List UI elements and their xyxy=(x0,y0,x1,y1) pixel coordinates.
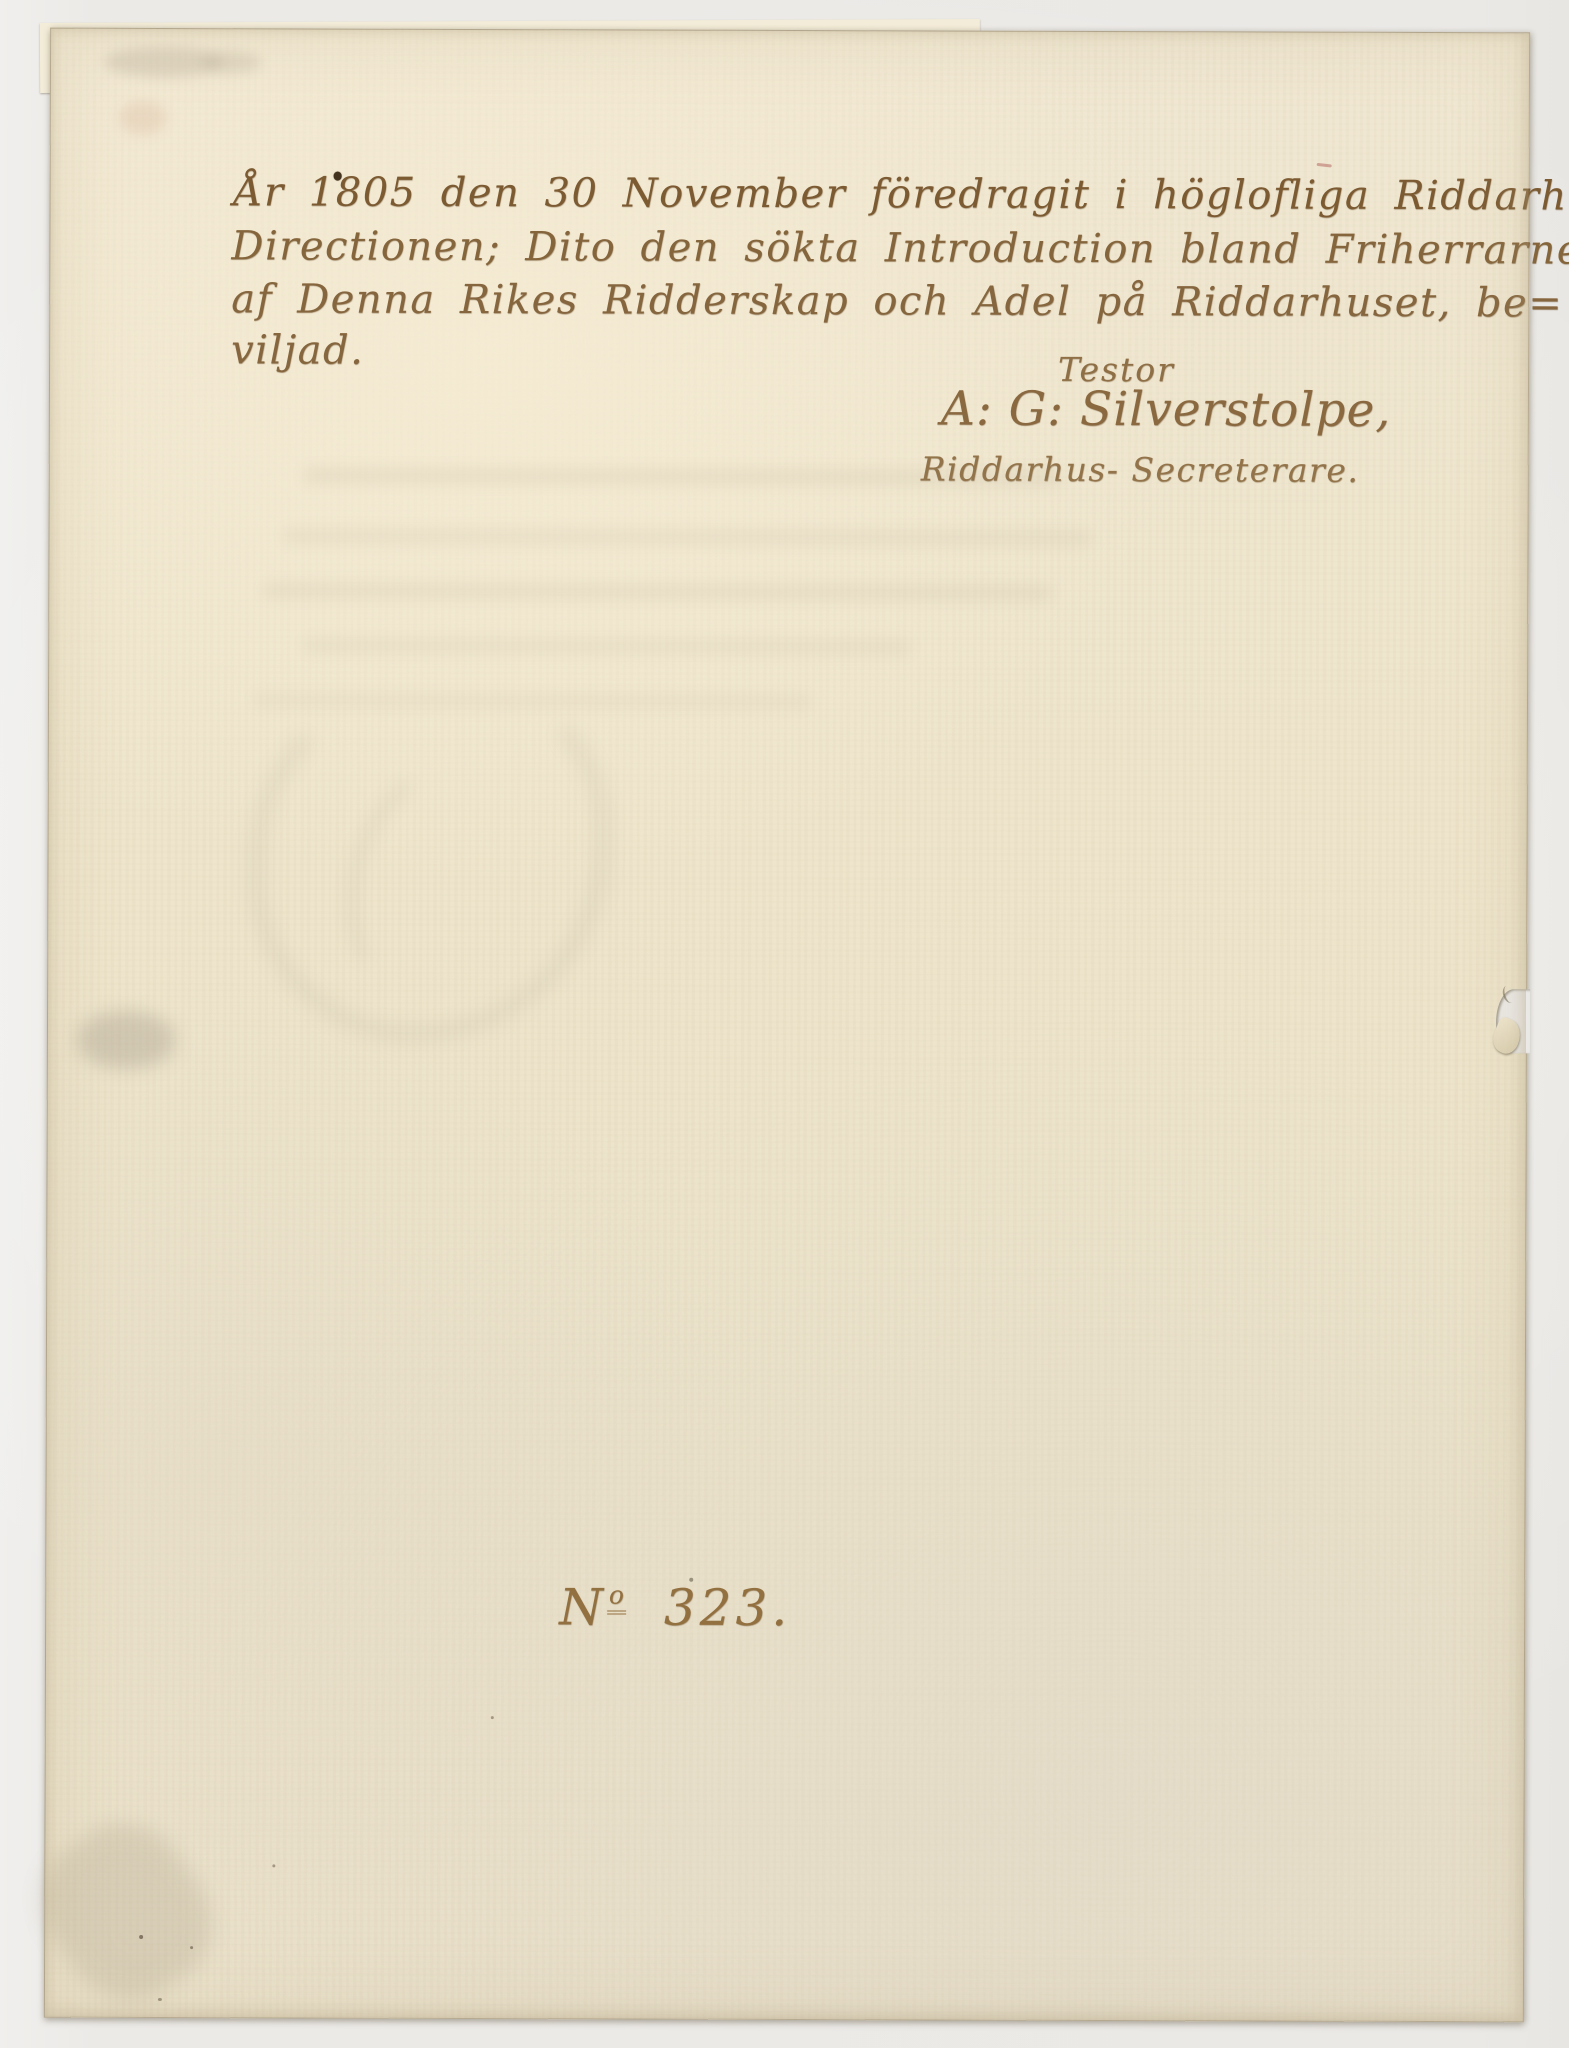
stain-smudge xyxy=(104,47,224,77)
stain-smudge xyxy=(201,51,261,73)
scanned-document-page: År 1805 den 30 November föredragit i hög… xyxy=(0,0,1569,2048)
bleedthrough-line xyxy=(283,527,1093,547)
stain-smudge xyxy=(76,1011,176,1069)
record-line-2: Directionen; Dito den sökta Introduction… xyxy=(231,223,1569,273)
record-line-1: År 1805 den 30 November föredragit i hög… xyxy=(234,169,1569,219)
stain-smudge xyxy=(16,1799,236,2024)
bleedthrough-line xyxy=(262,582,1052,600)
ink-speck xyxy=(272,1864,275,1867)
bleedthrough-line xyxy=(302,637,912,655)
signature-name: A: G: Silverstolpe, xyxy=(941,381,1391,437)
red-mark xyxy=(1317,163,1332,168)
paper-sheet: År 1805 den 30 November föredragit i hög… xyxy=(44,28,1530,2023)
bleedthrough-flourish xyxy=(248,679,611,1042)
bleedthrough-line xyxy=(252,692,812,709)
record-line-4: viljad. xyxy=(231,327,364,373)
ink-speck xyxy=(158,1998,162,2001)
ink-speck xyxy=(139,1935,143,1939)
document-number-prefix: N xyxy=(559,1578,607,1636)
signature-title: Riddarhus- Secreterare. xyxy=(921,449,1360,489)
document-number-value: 323. xyxy=(664,1579,792,1637)
document-number-superscript: o xyxy=(607,1580,626,1614)
stain-smudge xyxy=(119,101,167,135)
record-note: År 1805 den 30 November föredragit i hög… xyxy=(51,29,1529,34)
document-number: No 323. xyxy=(559,1578,791,1637)
bleedthrough-flourish xyxy=(320,740,570,1034)
record-line-3: af Denna Rikes Ridderskap och Adel på Ri… xyxy=(231,276,1563,326)
ink-speck xyxy=(491,1716,494,1719)
ink-speck xyxy=(190,1946,193,1949)
